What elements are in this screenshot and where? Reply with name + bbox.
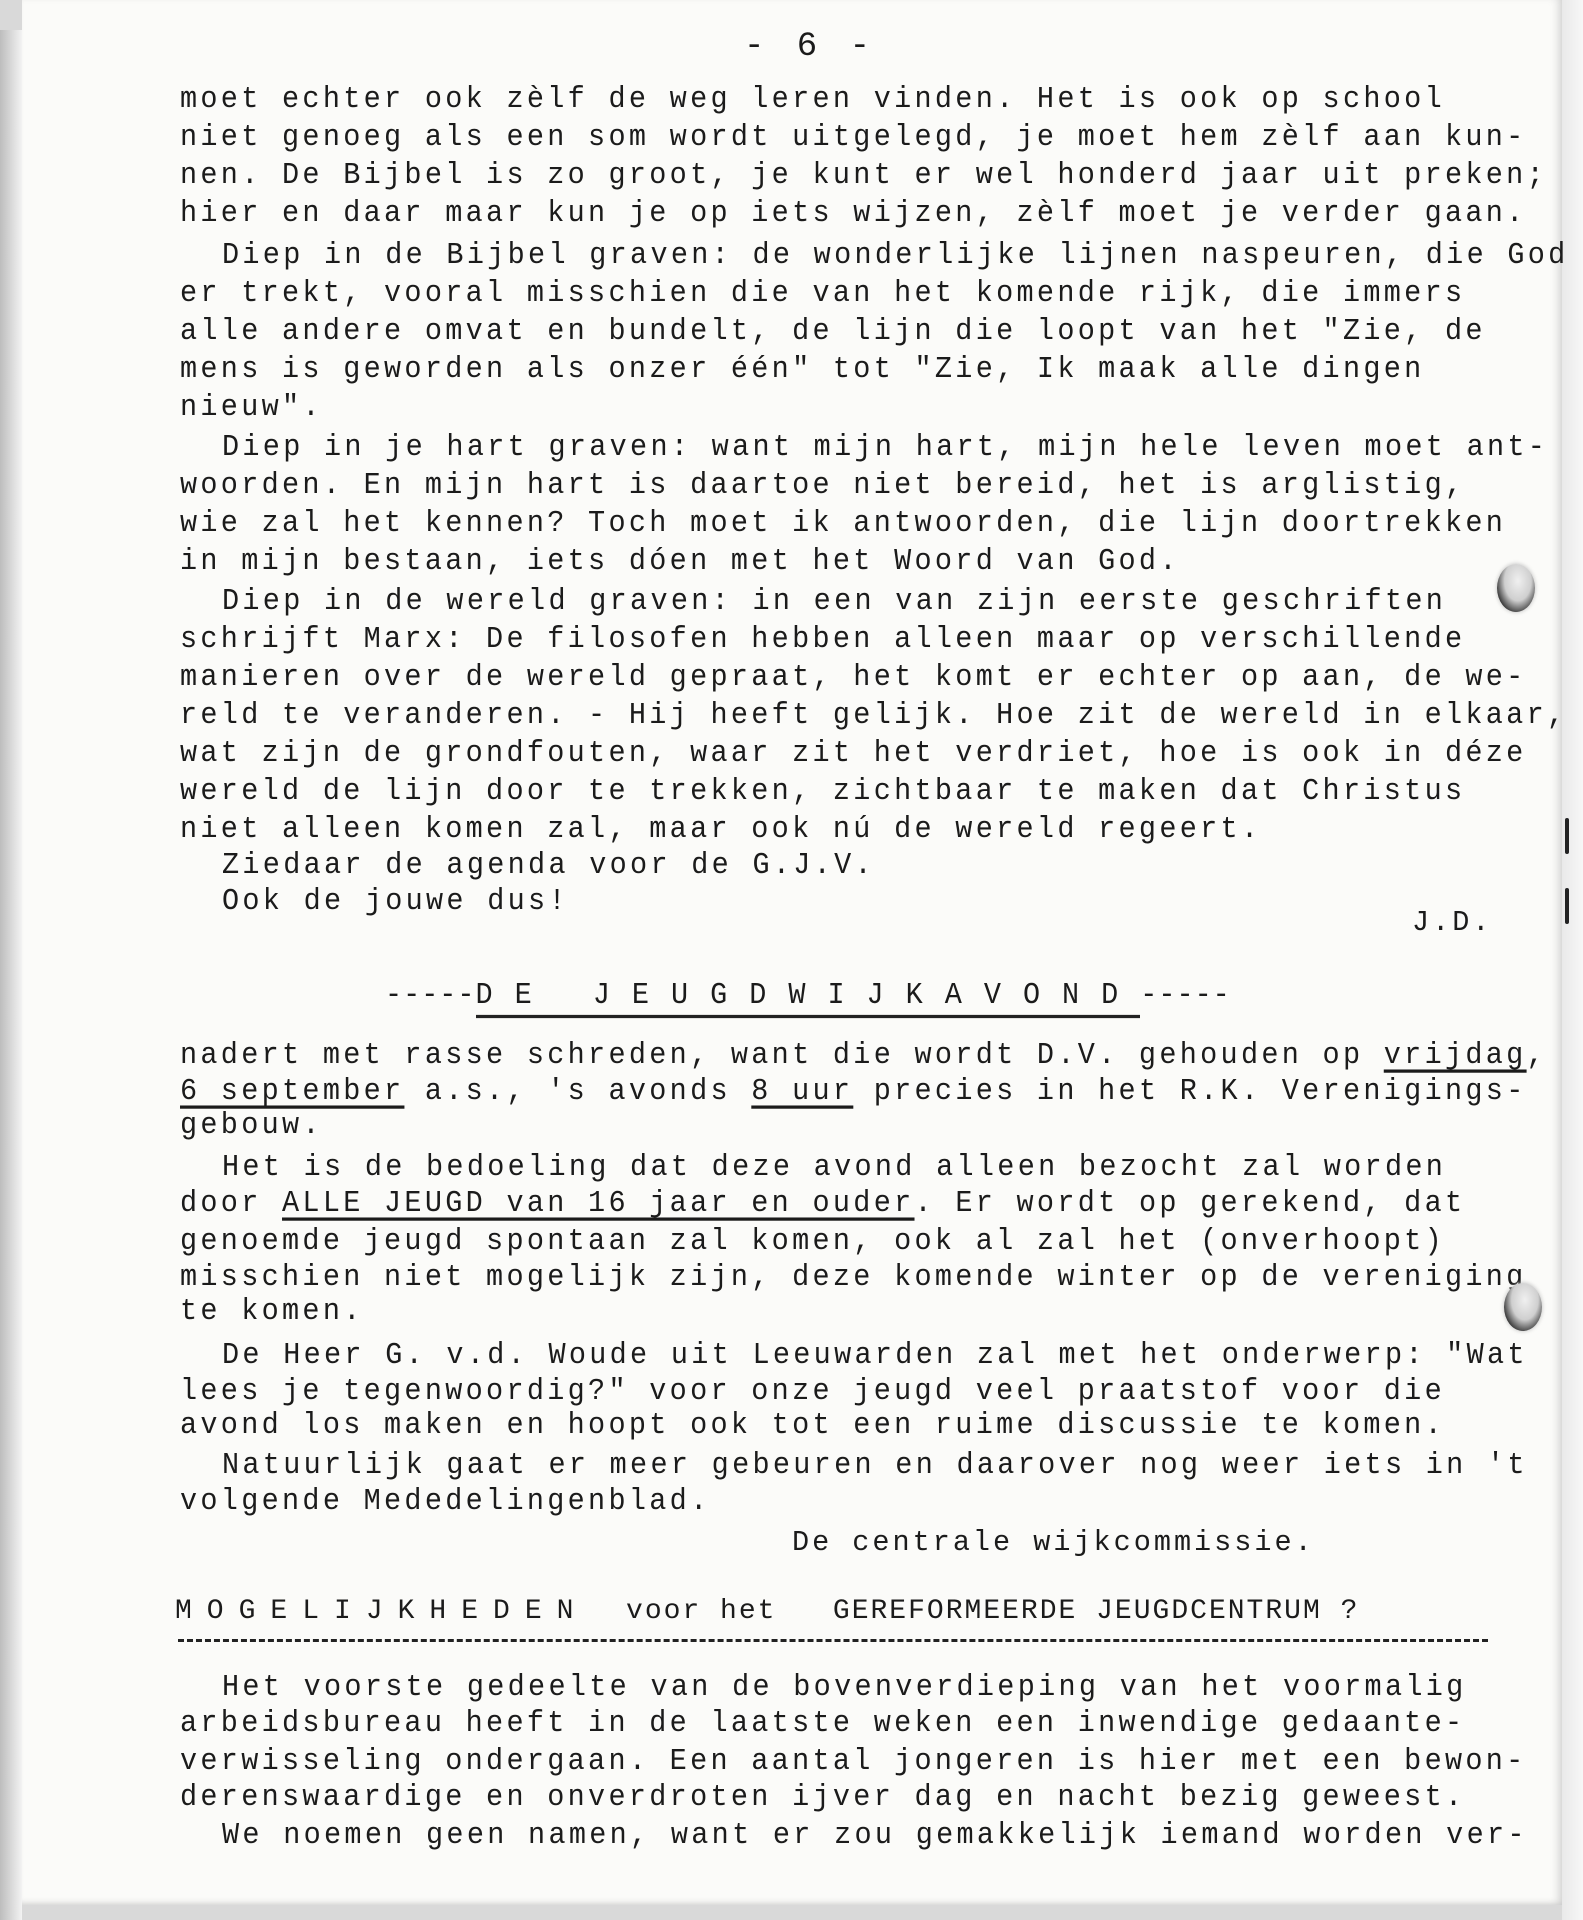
text-line: Diep in je hart graven: want mijn hart, … (222, 428, 1548, 467)
edge-mark (1565, 818, 1569, 854)
section-title: MOGELIJKHEDEN voor het GEREFORMEERDE JEU… (175, 1596, 1359, 1627)
punch-hole (1504, 1283, 1542, 1331)
text-line: woorden. En mijn hart is daartoe niet be… (180, 466, 1465, 505)
text-line: Het is de bedoeling dat deze avond allee… (222, 1148, 1446, 1187)
page-number: - 6 - (740, 28, 880, 66)
text-line: volgende Mededelingenblad. (180, 1482, 710, 1521)
text-line: Ziedaar de agenda voor de G.J.V. (222, 846, 875, 885)
text-line: te komen. (180, 1292, 364, 1331)
text-line: reld te veranderen. - Hij heeft gelijk. … (180, 696, 1567, 735)
text-line: niet genoeg als een som wordt uitgelegd,… (180, 118, 1527, 157)
text-line: derenswaardige en onverdroten ijver dag … (180, 1778, 1465, 1817)
page-left-edge (0, 30, 22, 1920)
punch-hole (1497, 564, 1535, 612)
text-line: Diep in de Bijbel graven: de wonderlijke… (222, 236, 1569, 275)
text-line: alle andere omvat en bundelt, de lijn di… (180, 312, 1486, 351)
underlined-text: vrijdag (1384, 1037, 1527, 1073)
text-line: manieren over de wereld gepraat, het kom… (180, 658, 1527, 697)
text-line: verwisseling ondergaan. Een aantal jonge… (180, 1742, 1527, 1781)
text-line: er trekt, vooral misschien die van het k… (180, 274, 1465, 313)
title-mogelijkheden: MOGELIJKHEDEN (175, 1596, 588, 1627)
text-line: Diep in de wereld graven: in een van zij… (222, 582, 1446, 621)
text-line: Het voorste gedeelte van de bovenverdiep… (222, 1668, 1467, 1707)
text-line: Ook de jouwe dus! (222, 882, 569, 921)
underlined-text: ALLE JEUGD van 16 jaar en ouder (282, 1185, 915, 1221)
title-dashes-right: ----- (1140, 977, 1231, 1013)
text-line: in mijn bestaan, iets dóen met het Woord… (180, 542, 1180, 581)
text-line: We noemen geen namen, want er zou gemakk… (222, 1816, 1528, 1855)
section-title: -----DE JEUGDWIJKAVOND----- (385, 976, 1231, 1015)
text-line: wat zijn de grondfouten, waar zit het ve… (180, 734, 1527, 773)
text-line: nieuw". (180, 388, 323, 427)
underlined-text: 8 uur (751, 1073, 853, 1109)
text-line: arbeidsbureau heeft in de laatste weken … (180, 1704, 1465, 1743)
text-line: hier en daar maar kun je op iets wijzen,… (180, 194, 1527, 233)
text-line: De Heer G. v.d. Woude uit Leeuwarden zal… (222, 1336, 1528, 1375)
title-jeugdwijkavond: DE JEUGDWIJKAVOND (476, 977, 1141, 1018)
text-line: niet alleen komen zal, maar ook nú de we… (180, 810, 1261, 849)
underlined-text: 6 september (180, 1073, 404, 1109)
text-line: wie zal het kennen? Toch moet ik antwoor… (180, 504, 1506, 543)
page-right-edge (1562, 0, 1583, 1920)
signature-jd: J.D. (1412, 906, 1492, 939)
text-line: avond los maken en hoopt ook tot een rui… (180, 1406, 1445, 1445)
title-dashes-left: ----- (385, 977, 476, 1013)
text-line: misschien niet mogelijk zijn, deze komen… (180, 1258, 1527, 1297)
title-jeugdcentrum: GEREFORMEERDE JEUGDCENTRUM ? (833, 1596, 1359, 1627)
text-line: 6 september a.s., 's avonds 8 uur precie… (180, 1072, 1527, 1111)
text-line: moet echter ook zèlf de weg leren vinden… (180, 80, 1445, 119)
text-line: nadert met rasse schreden, want die word… (180, 1036, 1547, 1075)
text-line: wereld de lijn door te trekken, zichtbaa… (180, 772, 1465, 811)
text-line: schrijft Marx: De filosofen hebben allee… (180, 620, 1465, 659)
text-line: Natuurlijk gaat er meer gebeuren en daar… (222, 1446, 1528, 1485)
edge-mark (1565, 888, 1569, 924)
text-line: mens is geworden als onzer één" tot "Zie… (180, 350, 1425, 389)
text-line: genoemde jeugd spontaan zal komen, ook a… (180, 1222, 1445, 1261)
text-line: door ALLE JEUGD van 16 jaar en ouder. Er… (180, 1184, 1465, 1223)
text-line: nen. De Bijbel is zo groot, je kunt er w… (180, 156, 1547, 195)
signature-wijkcommissie: De centrale wijkcommissie. (792, 1526, 1315, 1559)
title-dashed-underline (178, 1639, 1488, 1642)
text-line: gebouw. (180, 1106, 323, 1145)
